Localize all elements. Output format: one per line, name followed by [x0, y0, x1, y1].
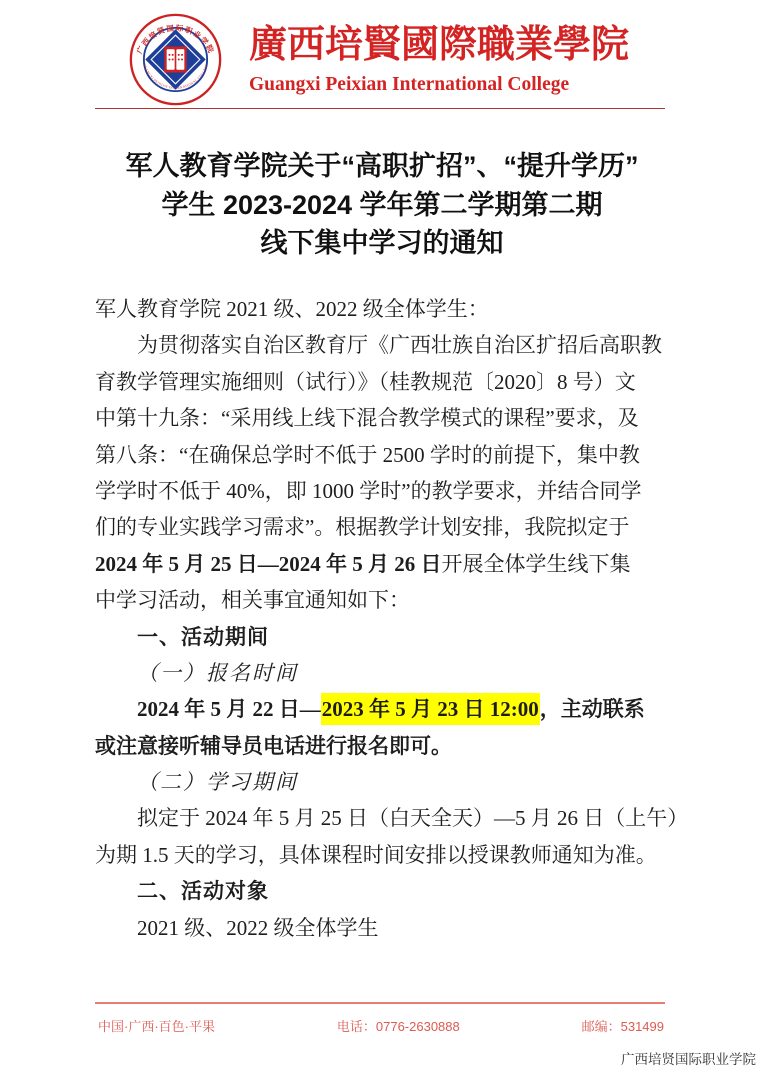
- text-segment: 为期 1.5 天的学习，具体课程时间安排以授课教师通知为准。: [95, 843, 657, 867]
- text-segment: （一）报名时间: [137, 661, 298, 685]
- text-segment: 开展全体学生线下集: [442, 552, 631, 576]
- body-line: 2024 年 5 月 22 日—2023 年 5 月 23 日 12:00，主动…: [95, 691, 673, 727]
- title-line-3: 线下集中学习的通知: [40, 224, 724, 263]
- header-divider: [95, 108, 665, 109]
- body-line: 为贯彻落实自治区教育厅《广西壮族自治区扩招后高职教: [95, 327, 673, 363]
- body-line: 军人教育学院 2021 级、2022 级全体学生：: [95, 291, 673, 327]
- text-segment: （二）学习期间: [137, 770, 298, 794]
- body-line: 或注意接听辅导员电话进行报名即可。: [95, 728, 673, 764]
- body-line: 一、活动期间: [95, 619, 673, 655]
- text-segment: 二、活动对象: [137, 880, 269, 903]
- text-segment: 2024 年 5 月 25 日—2024 年 5 月 26 日: [95, 552, 442, 576]
- body-line: 育教学管理实施细则（试行）》（桂教规范〔2020〕8 号）文: [95, 364, 673, 400]
- text-segment: 中第十九条：“采用线上线下混合教学模式的课程”要求，及: [95, 406, 639, 430]
- text-segment: 为贯彻落实自治区教育厅《广西壮族自治区扩招后高职教: [137, 333, 662, 357]
- footer-address: 中国·广西·百色·平果: [98, 1016, 215, 1035]
- notice-body: 军人教育学院 2021 级、2022 级全体学生：为贯彻落实自治区教育厅《广西壮…: [95, 291, 673, 946]
- document-page: 广西培贤国际职业学院 GUANGXI PEIXIAN INTERNATIONAL…: [0, 0, 764, 1080]
- page-footer: 中国·广西·百色·平果 电话：0776-2630888 邮编：531499: [98, 1016, 664, 1035]
- watermark-college-name: 广西培贤国际职业学院: [621, 1048, 756, 1068]
- body-line: 第八条：“在确保总学时不低于 2500 学时的前提下，集中教: [95, 437, 673, 473]
- text-segment: 或注意接听辅导员电话进行报名即可。: [95, 734, 452, 758]
- body-line: 为期 1.5 天的学习，具体课程时间安排以授课教师通知为准。: [95, 837, 673, 873]
- text-segment: ，主动联系: [540, 697, 645, 721]
- body-line: 2024 年 5 月 25 日—2024 年 5 月 26 日开展全体学生线下集: [95, 546, 673, 582]
- text-segment: 拟定于 2024 年 5 月 25 日（白天全天）—5 月 26 日（上午）: [137, 806, 688, 830]
- text-segment: 2024 年 5 月 22 日—: [137, 697, 321, 721]
- text-segment: 育教学管理实施细则（试行）》（桂教规范〔2020〕8 号）文: [95, 370, 636, 394]
- highlighted-deadline: 2023 年 5 月 23 日 12:00: [321, 693, 540, 725]
- body-line: 学学时不低于 40%，即 1000 学时”的教学要求，并结合同学: [95, 473, 673, 509]
- body-line: 中第十九条：“采用线上线下混合教学模式的课程”要求，及: [95, 400, 673, 436]
- college-name-chinese: 廣西培賢國際職業學院: [249, 20, 609, 68]
- title-line-2: 学生 2023-2024 学年第二学期第二期: [40, 186, 724, 225]
- footer-postcode: 邮编：531499: [582, 1016, 664, 1035]
- text-segment: 学学时不低于 40%，即 1000 学时”的教学要求，并结合同学: [95, 479, 642, 503]
- college-logo-seal: 广西培贤国际职业学院 GUANGXI PEIXIAN INTERNATIONAL…: [129, 13, 222, 106]
- body-line: 拟定于 2024 年 5 月 25 日（白天全天）—5 月 26 日（上午）: [95, 800, 673, 836]
- footer-phone: 电话：0776-2630888: [337, 1016, 460, 1035]
- text-segment: 2021 级、2022 级全体学生: [137, 916, 379, 940]
- college-name-english: Guangxi Peixian International College: [249, 74, 609, 96]
- text-segment: 们的专业实践学习需求”。根据教学计划安排，我院拟定于: [95, 515, 629, 539]
- college-emblem-icon: 广西培贤国际职业学院 GUANGXI PEIXIAN INTERNATIONAL…: [129, 13, 222, 106]
- body-line: 二、活动对象: [95, 873, 673, 909]
- text-segment: 中学习活动，相关事宜通知如下：: [95, 588, 410, 612]
- body-line: 们的专业实践学习需求”。根据教学计划安排，我院拟定于: [95, 509, 673, 545]
- body-line: （二）学习期间: [95, 764, 673, 800]
- text-segment: 军人教育学院 2021 级、2022 级全体学生：: [95, 297, 489, 321]
- body-line: 2021 级、2022 级全体学生: [95, 910, 673, 946]
- footer-divider: [95, 1002, 665, 1004]
- notice-title: 军人教育学院关于“高职扩招”、“提升学历” 学生 2023-2024 学年第二学…: [40, 147, 724, 263]
- title-line-1: 军人教育学院关于“高职扩招”、“提升学历”: [40, 147, 724, 186]
- text-segment: 第八条：“在确保总学时不低于 2500 学时的前提下，集中教: [95, 443, 640, 467]
- body-line: （一）报名时间: [95, 655, 673, 691]
- body-line: 中学习活动，相关事宜通知如下：: [95, 582, 673, 618]
- text-segment: 一、活动期间: [137, 626, 269, 649]
